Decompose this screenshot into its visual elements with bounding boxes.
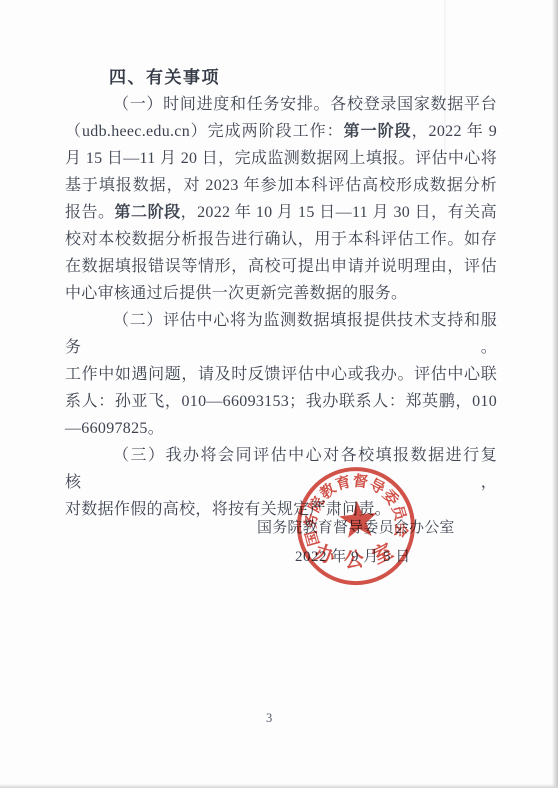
section-heading: 四、有关事项	[65, 64, 497, 91]
seal-ring-text-element: 国务院教育督导委员会	[297, 467, 412, 548]
official-seal: 国务院教育督导委员会 办公室	[288, 458, 427, 597]
text-line: 中心审核通过后提供一次更新完善数据的服务。	[65, 280, 497, 307]
text-line: （一）时间进度和任务安排。各校登录国家数据平台	[65, 91, 497, 118]
scanned-document-page: 四、有关事项 （一）时间进度和任务安排。各校登录国家数据平台（udb.heec.…	[0, 0, 558, 788]
seal-star-icon	[338, 499, 379, 538]
text-line: 校对本校数据分析报告进行确认，用于本科评估工作。如存	[65, 226, 497, 253]
text-line: 系人：孙亚飞，010—66093153；我办联系人：郑英鹏，010	[65, 388, 497, 415]
text-line: （三）我办将会同评估中心对各校填报数据进行复核，	[65, 442, 497, 496]
page-edge-bottom	[0, 784, 558, 788]
text-line: （二）评估中心将为监测数据填报提供技术支持和服务。	[65, 307, 497, 361]
text-line: （udb.heec.edu.cn）完成两阶段工作：第一阶段，2022 年 9	[65, 118, 497, 145]
text-line: 在数据填报错误等情形，高校可提出申请并说明理由，评估	[65, 253, 497, 280]
text-line: 报告。第二阶段，2022 年 10 月 15 日—11 月 30 日，有关高	[65, 199, 497, 226]
document-content: 四、有关事项 （一）时间进度和任务安排。各校登录国家数据平台（udb.heec.…	[65, 64, 497, 523]
text-line: —66097825。	[65, 415, 497, 442]
text-line: 月 15 日—11 月 20 日，完成监测数据网上填报。评估中心将	[65, 145, 497, 172]
seal-ring-text: 国务院教育督导委员会	[297, 467, 412, 548]
text-line: 基于填报数据，对 2023 年参加本科评估高校形成数据分析	[65, 172, 497, 199]
page-number: 3	[266, 711, 272, 726]
document-body: （一）时间进度和任务安排。各校登录国家数据平台（udb.heec.edu.cn）…	[65, 91, 497, 523]
page-edge-right	[552, 0, 558, 788]
text-line: 工作中如遇问题，请及时反馈评估中心或我办。评估中心联	[65, 361, 497, 388]
